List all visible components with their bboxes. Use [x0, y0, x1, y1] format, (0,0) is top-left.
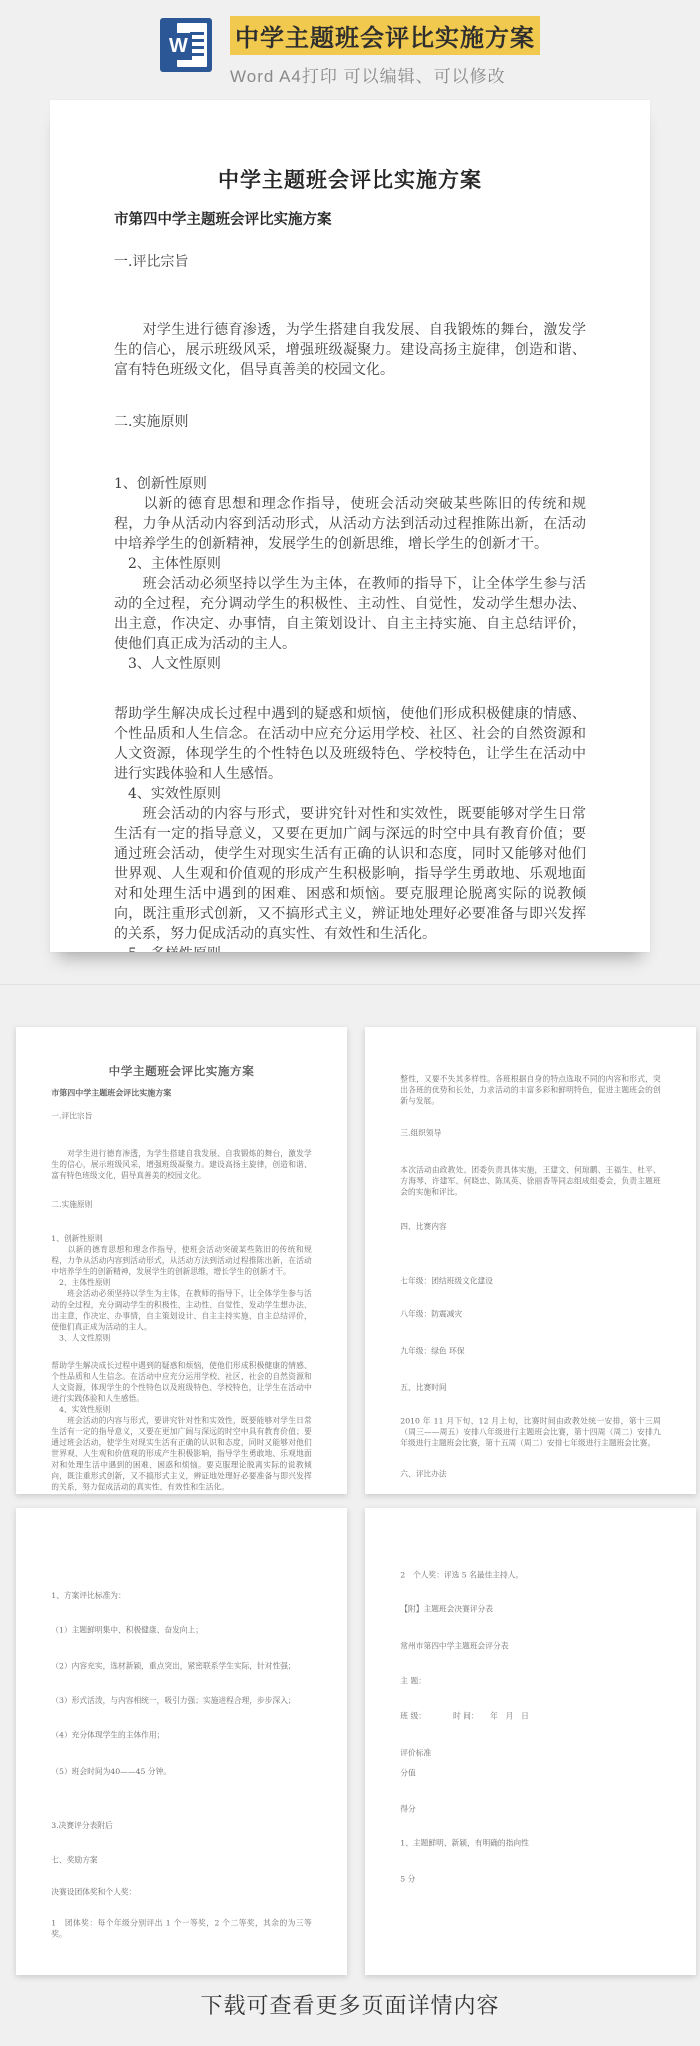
thumb3-text: （4）充分体现学生的主体作用； — [51, 1730, 311, 1741]
thumb4-text: 分值 — [400, 1768, 660, 1779]
thumb2-text: 七年级：团结班级文化建设 — [400, 1276, 660, 1287]
page1-paragraph: 对学生进行德育渗透，为学生搭建自我发展、自我锻炼的舞台，激发学生的信心，展示班级… — [114, 320, 586, 380]
page-thumbnail-3[interactable]: 1、方案评比标准为： （1）主题鲜明集中、积极健康、奋发向上； （2）内容充实，… — [16, 1508, 347, 1975]
page1-section-heading: 二.实施原则 — [114, 412, 586, 432]
thumb2-text: 本次活动由政教处、团委负责具体实施，王建文、何琼鹏、王福生、杜平、方海琴、许建军… — [400, 1165, 660, 1198]
document-title: 中学主题班会评比实施方案 — [230, 16, 540, 55]
thumb4-text: 评价标准 — [400, 1748, 660, 1759]
thumbnail-row-2: 1、方案评比标准为： （1）主题鲜明集中、积极健康、奋发向上； （2）内容充实，… — [0, 1508, 700, 1975]
page1-paragraph: 1、创新性原则 以新的德育思想和理念作指导，使班会活动突破某些陈旧的传统和规程，… — [114, 474, 586, 674]
download-hint-bar: 下载可查看更多页面详情内容 — [0, 1975, 700, 2043]
thumb1-text: 一.评比宗旨 — [51, 1111, 311, 1122]
page-thumbnail-1[interactable]: 中学主题班会评比实施方案 市第四中学主题班会评比实施方案 一.评比宗旨 对学生进… — [16, 1027, 347, 1494]
thumb4-text: 主 题： — [400, 1676, 660, 1687]
thumb2-text: 三.组织领导 — [400, 1128, 660, 1139]
thumb4-text: 【附】主题班会决赛评分表 — [400, 1604, 660, 1615]
thumb1-text: 二.实施原则 — [51, 1199, 311, 1210]
thumb4-text: 得分 — [400, 1804, 660, 1815]
document-format-info: Word A4打印 可以编辑、可以修改 — [230, 62, 540, 87]
page1-subheading: 市第四中学主题班会评比实施方案 — [114, 210, 586, 230]
thumb3-text: 决赛设团体奖和个人奖： — [51, 1887, 311, 1898]
page1-title: 中学主题班会评比实施方案 — [114, 100, 586, 190]
thumb3-text: 1、方案评比标准为： — [51, 1508, 311, 1601]
thumb2-text: 九年级：绿色 环保 — [400, 1346, 660, 1357]
thumb3-text: （5）班会时间为40——45 分钟。 — [51, 1766, 311, 1777]
page-preview-1[interactable]: 中学主题班会评比实施方案 市第四中学主题班会评比实施方案 一.评比宗旨 对学生进… — [50, 100, 650, 952]
section-gap — [0, 952, 700, 1027]
main-preview-area: 中学主题班会评比实施方案 市第四中学主题班会评比实施方案 一.评比宗旨 对学生进… — [0, 99, 700, 952]
thumb4-text: 班 级： 时 间： 年 月 日 — [400, 1711, 660, 1722]
page1-paragraph: 帮助学生解决成长过程中遇到的疑惑和烦恼，使他们形成积极健康的情感、个性品质和人生… — [114, 704, 586, 952]
word-file-icon: W — [160, 18, 212, 72]
thumb1-text: 帮助学生解决成长过程中遇到的疑惑和烦恼，使他们形成积极健康的情感、个性品质和人生… — [51, 1360, 311, 1494]
page-thumbnail-4[interactable]: 2 个人奖：评选 5 名最佳主持人。 【附】主题班会决赛评分表 常州市第四中学主… — [365, 1508, 696, 1975]
thumb3-text: （3）形式活泼，与内容相统一，吸引力强；实施进程合理，步步深入； — [51, 1695, 311, 1706]
thumb3-text: 3.决赛评分表附后 — [51, 1820, 311, 1831]
thumb2-text: 2010 年 11 月下旬、12 月上旬，比赛时间由政教处统一安排，第十三周（周… — [400, 1416, 660, 1449]
page-thumbnail-2[interactable]: 整性，又要不失其多样性。各班根据自身的特点选取不同的内容和形式，突出各班的优势和… — [365, 1027, 696, 1494]
thumb4-text: 5 分 — [400, 1874, 660, 1885]
thumb4-text: 常州市第四中学主题班会评分表 — [400, 1641, 660, 1652]
thumb2-text: 八年级：防震减灾 — [400, 1309, 660, 1320]
thumb2-text: 四、比赛内容 — [400, 1221, 660, 1232]
section-divider — [0, 984, 700, 985]
thumbnail-row-1: 中学主题班会评比实施方案 市第四中学主题班会评比实施方案 一.评比宗旨 对学生进… — [0, 1027, 700, 1494]
word-icon-lines — [190, 28, 204, 56]
doc-preview-header: W 中学主题班会评比实施方案 Word A4打印 可以编辑、可以修改 — [0, 0, 700, 99]
thumb3-text: 七、奖励方案 — [51, 1855, 311, 1866]
thumb3-text: （2）内容充实，选材新颖，重点突出，紧密联系学生实际，针对性强； — [51, 1661, 311, 1672]
word-icon-letter: W — [165, 33, 192, 60]
thumb1-title: 中学主题班会评比实施方案 — [51, 1027, 311, 1077]
thumb1-text: 1、创新性原则 以新的德育思想和理念作指导，使班会活动突破某些陈旧的传统和规程，… — [51, 1233, 311, 1343]
thumb1-subheading: 市第四中学主题班会评比实施方案 — [51, 1088, 311, 1099]
thumb1-text: 对学生进行德育渗透，为学生搭建自我发展、自我锻炼的舞台，激发学生的信心，展示班级… — [51, 1148, 311, 1181]
thumb3-text: （1）主题鲜明集中、积极健康、奋发向上； — [51, 1625, 311, 1636]
thumb2-text: 整性，又要不失其多样性。各班根据自身的特点选取不同的内容和形式，突出各班的优势和… — [400, 1027, 660, 1107]
thumb4-text: 2 个人奖：评选 5 名最佳主持人。 — [400, 1508, 660, 1581]
thumb3-text: 1 团体奖：每个年级分别评出 1 个一等奖，2 个二等奖，其余的为三等奖。 — [51, 1918, 311, 1940]
page1-section-heading: 一.评比宗旨 — [114, 252, 586, 272]
thumb2-text: 六、评比办法 — [400, 1469, 660, 1480]
thumb2-text: 五、比赛时间 — [400, 1382, 660, 1393]
thumb4-text: 1、主题鲜明、新颖，有明确的指向性 — [400, 1838, 660, 1849]
download-hint-text: 下载可查看更多页面详情内容 — [200, 1989, 499, 2020]
